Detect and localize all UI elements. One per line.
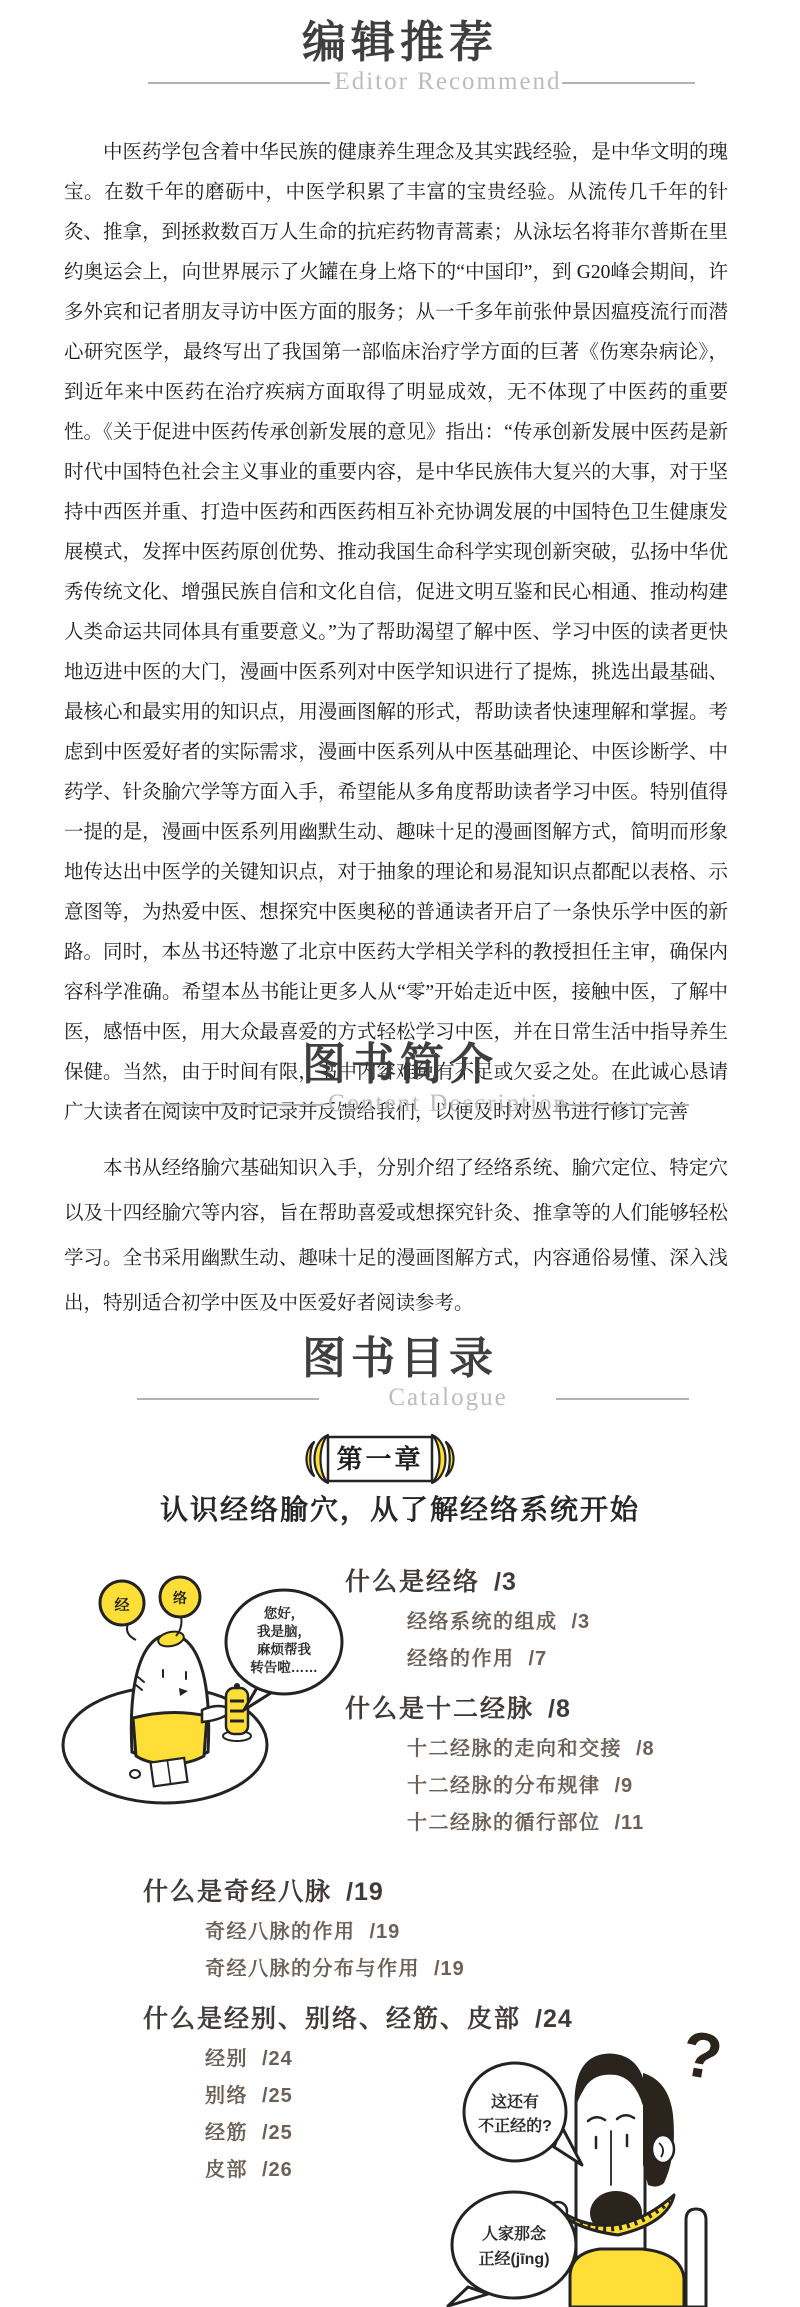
toc-label: 什么是奇经八脉 [143, 1878, 332, 1906]
puzzled-man-cartoon-icon: ? 这还有 不正经的? 人家那念 正经(jīng) [430, 2015, 770, 2307]
egg-apron [133, 1712, 207, 1764]
telephone-icon [223, 1683, 251, 1741]
toc-item: 十二经脉的分布规律/9 [407, 1775, 655, 1798]
toc-item: 什么是十二经脉/8 [345, 1695, 655, 1724]
toc-item: 经络系统的组成/3 [407, 1611, 655, 1634]
toc-item: 十二经脉的循行部位/11 [407, 1812, 655, 1835]
divider-line [137, 1398, 319, 1400]
divider-line [556, 1104, 689, 1106]
chapter-title: 认识经络腧穴，从了解经络系统开始 [0, 1488, 800, 1528]
speech-line: 转告啦…… [250, 1659, 318, 1675]
meridian-ball-right-label: 络 [173, 1590, 187, 1606]
toc-page: /26 [262, 2159, 293, 2181]
toc-label: 皮部 [205, 2159, 248, 2181]
speech-bubble [464, 2063, 566, 2161]
speech-bubble [452, 2192, 576, 2298]
toc-page: /25 [262, 2122, 293, 2144]
desk-paper [151, 1758, 188, 1786]
speech-line: 麻烦帮我 [257, 1641, 311, 1657]
toc-page: /8 [636, 1738, 655, 1760]
meridian-ball-left-label: 经 [114, 1596, 129, 1614]
man-arm [686, 2209, 706, 2307]
catalogue-title-cn: 图书目录 [0, 1334, 800, 1384]
divider-line [141, 1104, 323, 1106]
bubble-top-line: 这还有 [491, 2092, 539, 2111]
toc-page: /7 [529, 1648, 548, 1670]
content-description-title-cn: 图书简介 [0, 1040, 800, 1090]
toc-label: 经筋 [205, 2122, 248, 2144]
toc-page: /3 [494, 1568, 517, 1596]
toc-label: 奇经八脉的作用 [205, 1921, 356, 1943]
book-description-page: 编辑推荐 Editor Recommend 中医药学包含着中华民族的健康养生理念… [0, 0, 800, 2307]
editor-recommend-header: 编辑推荐 Editor Recommend [0, 18, 800, 96]
toc-page: /3 [572, 1611, 591, 1633]
puzzled-man-illustration: ? 这还有 不正经的? 人家那念 正经(jīng) [430, 2015, 770, 2307]
toc-label: 什么是经络 [345, 1568, 480, 1596]
toc-page: /25 [262, 2085, 293, 2107]
toc-label: 十二经脉的走向和交接 [407, 1738, 622, 1760]
bubble-bottom-line: 人家那念 [482, 2224, 547, 2243]
chapter-banner-label: 第一章 [328, 1437, 432, 1481]
toc-page: /8 [548, 1695, 571, 1723]
bubble-top-line: 不正经的? [478, 2116, 552, 2135]
antenna-stalk [127, 1624, 136, 1640]
toc-label: 经络的作用 [407, 1648, 515, 1670]
man-hair-side [643, 2073, 674, 2187]
chapter-banner: 第一章 [298, 1432, 462, 1486]
operator-cartoon-icon: 经 络 您好， 我是脑， 麻烦帮我 转告啦…… [30, 1560, 352, 1865]
catalogue-header: 图书目录 Catalogue [0, 1334, 800, 1412]
speech-line: 我是脑， [257, 1623, 311, 1640]
toc-label: 十二经脉的分布规律 [407, 1775, 601, 1797]
divider-line [148, 82, 330, 84]
toc-item: 什么是经络/3 [345, 1568, 655, 1597]
toc-page: /19 [370, 1921, 401, 1943]
toc-label: 经别 [205, 2048, 248, 2070]
speech-line: 您好， [264, 1605, 305, 1622]
toc-item: 什么是奇经八脉/19 [143, 1878, 573, 1907]
content-description-paragraph: 本书从经络腧穴基础知识入手，分别介绍了经络系统、腧穴定位、特定穴以及十四经腧穴等… [64, 1146, 728, 1326]
toc-label: 别络 [205, 2085, 248, 2107]
content-description-header: 图书简介 Content Description [0, 1040, 800, 1118]
toc-block-1: 什么是经络/3 经络系统的组成/3 经络的作用/7 什么是十二经脉/8 十二经脉… [345, 1568, 655, 1835]
toc-label: 十二经脉的循行部位 [407, 1812, 601, 1834]
desk-item [130, 1770, 140, 1778]
toc-page: /11 [615, 1812, 645, 1834]
divider-line [562, 82, 695, 84]
toc-label: 奇经八脉的分布与作用 [205, 1958, 420, 1980]
toc-page: /19 [434, 1958, 465, 1980]
toc-item: 十二经脉的走向和交接/8 [407, 1738, 655, 1761]
toc-label: 什么是十二经脉 [345, 1695, 534, 1723]
question-mark: ? [676, 2016, 727, 2094]
divider-line [556, 1398, 689, 1400]
toc-page: /9 [615, 1775, 634, 1797]
editor-recommend-paragraph: 中医药学包含着中华民族的健康养生理念及其实践经验，是中华文明的瑰宝。在数千年的磨… [64, 133, 728, 1133]
toc-item: 经络的作用/7 [407, 1648, 655, 1671]
meridian-operator-illustration: 经 络 您好， 我是脑， 麻烦帮我 转告啦…… [30, 1560, 352, 1870]
man-shirt [570, 2249, 684, 2307]
toc-item: 奇经八脉的作用/19 [205, 1921, 573, 1944]
bubble-bottom-line: 正经(jīng) [478, 2249, 549, 2268]
toc-page: /24 [262, 2048, 293, 2070]
toc-label: 经络系统的组成 [407, 1611, 558, 1633]
toc-page: /19 [346, 1878, 384, 1906]
toc-item: 奇经八脉的分布与作用/19 [205, 1958, 573, 1981]
editor-recommend-title-cn: 编辑推荐 [0, 18, 800, 68]
